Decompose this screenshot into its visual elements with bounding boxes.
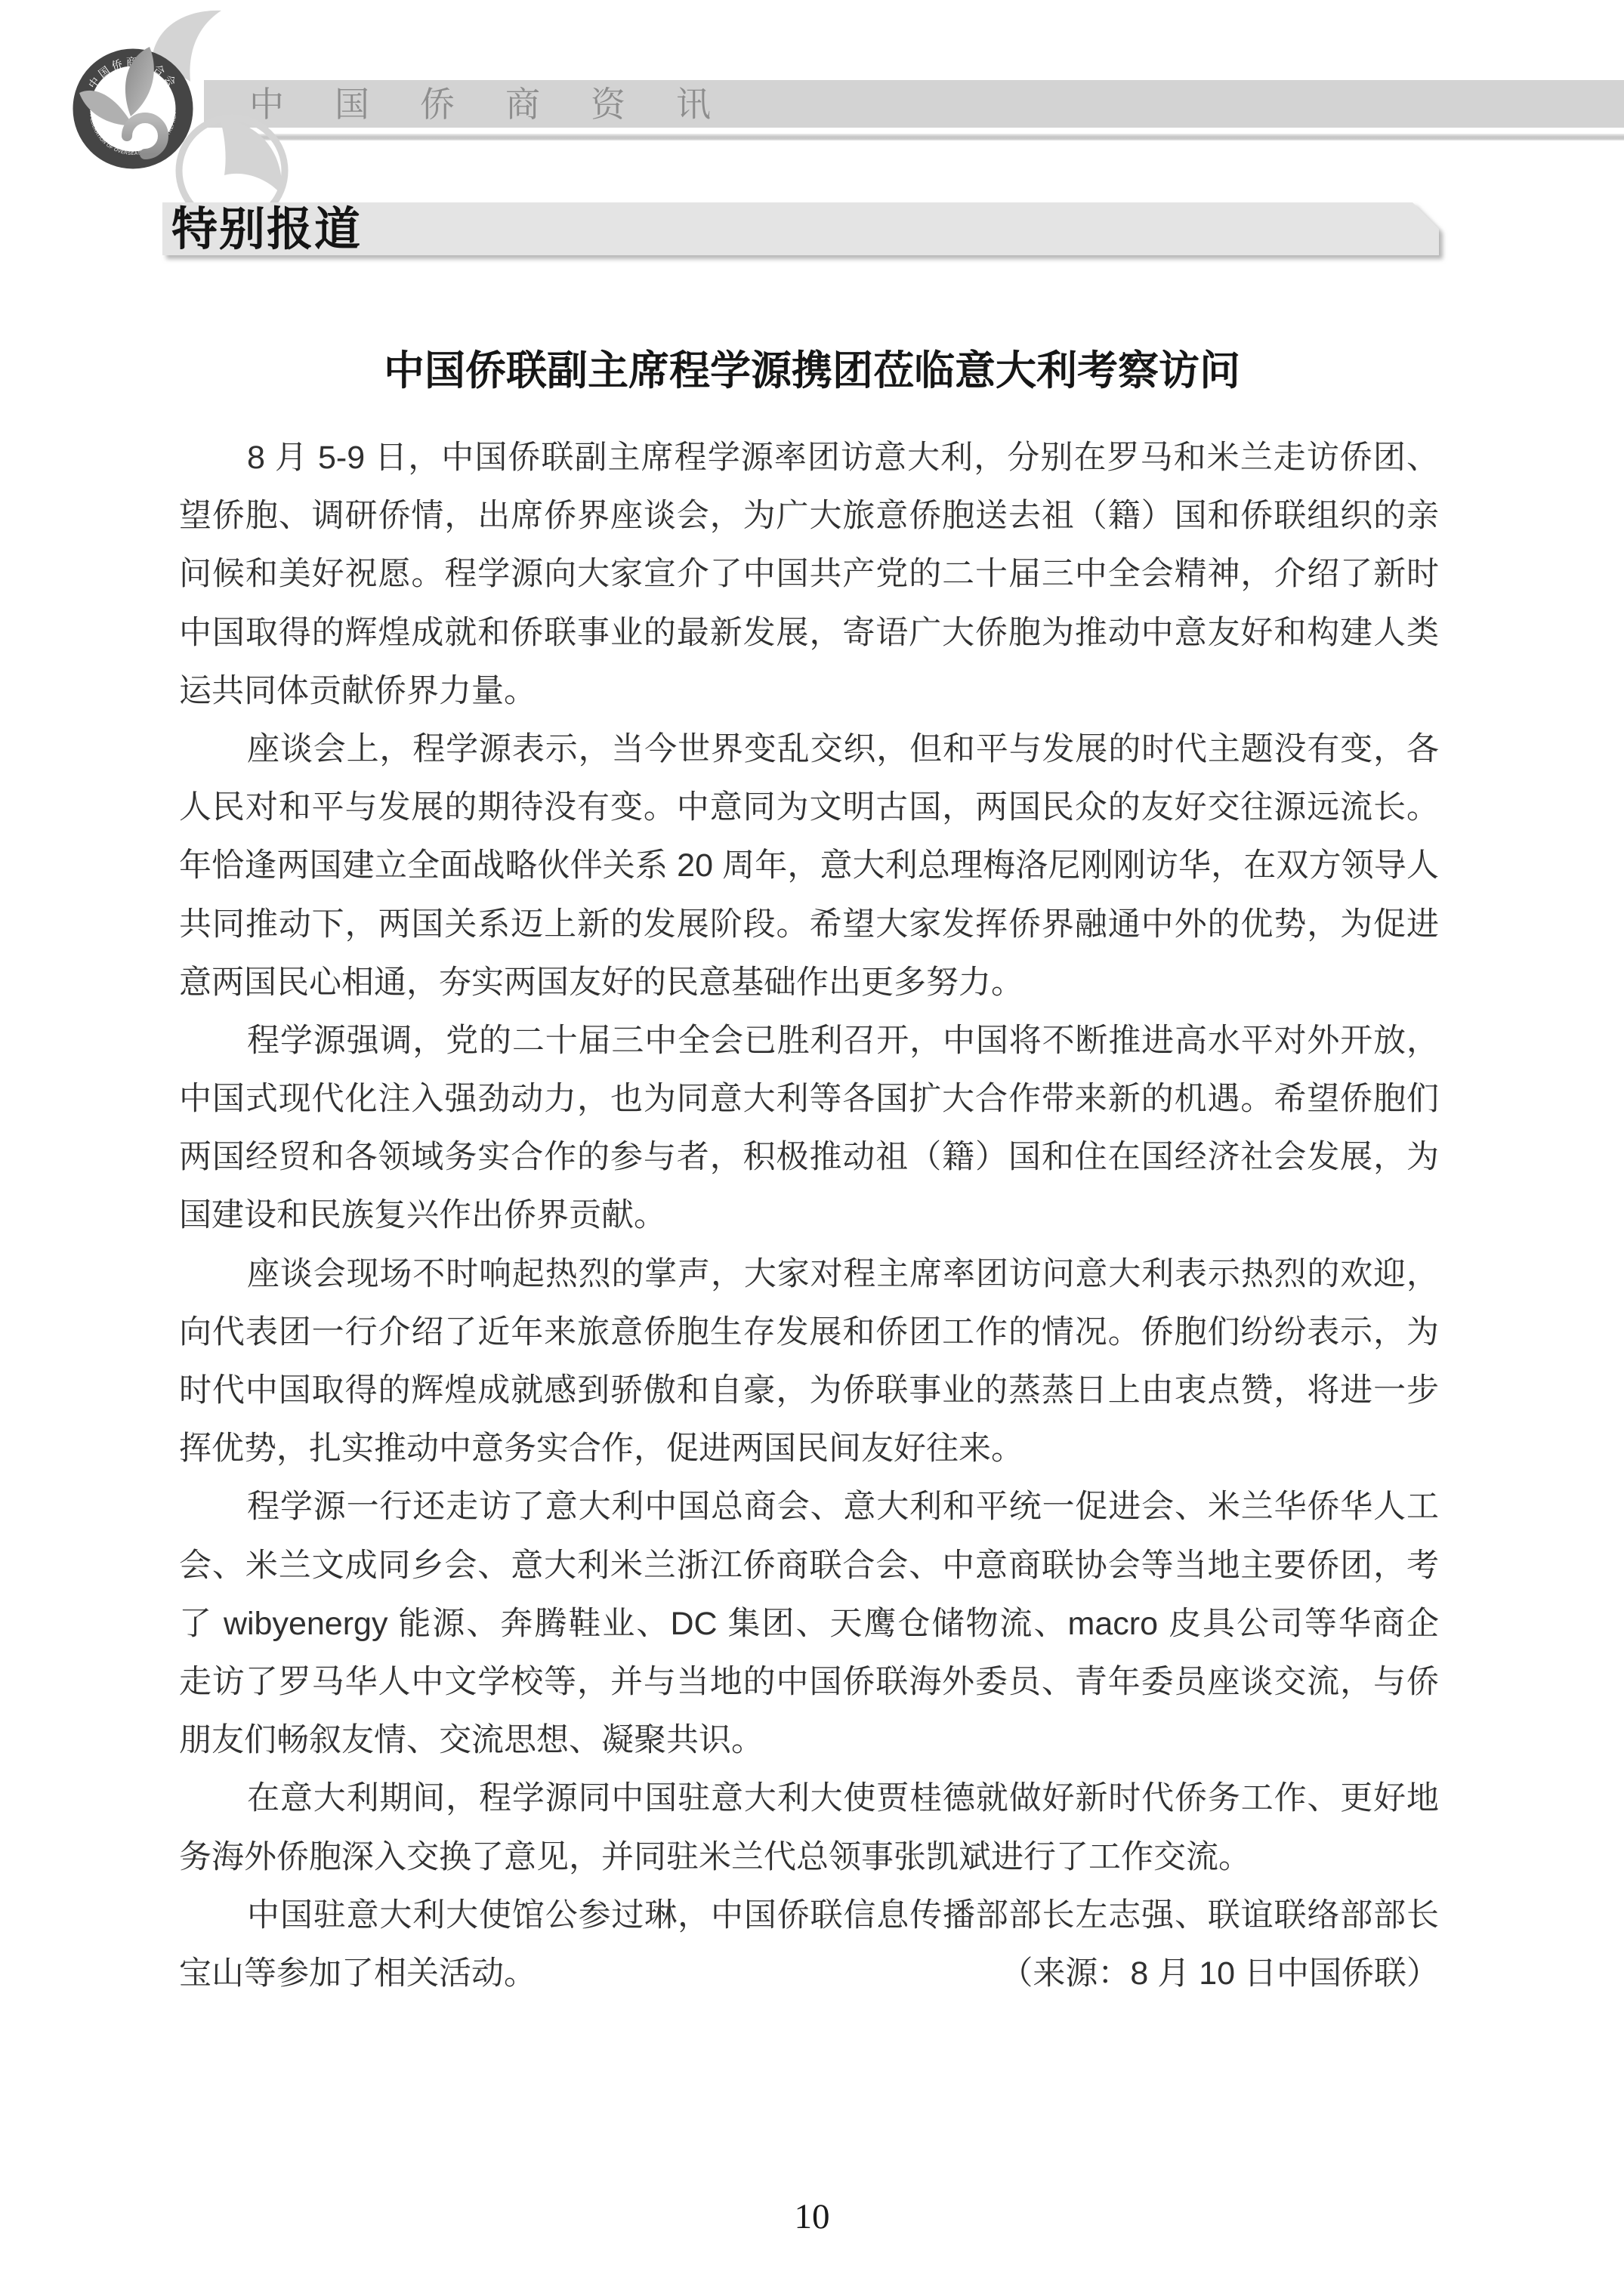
article-source: （来源：8 月 10 日中国侨联） [1000, 1945, 1439, 2003]
article-line: 共同推动下，两国关系迈上新的发展阶段。希望大家发挥侨界融通中外的优势，为促进中 [179, 896, 1439, 954]
article-line: 务海外侨胞深入交换了意见，并同驻米兰代总领事张凯斌进行了工作交流。 [179, 1829, 1439, 1887]
article-line: 中国式现代化注入强劲动力，也为同意大利等各国扩大合作带来新的机遇。希望侨胞们做 [179, 1070, 1439, 1128]
article-line: 人民对和平与发展的期待没有变。中意同为文明古国，两国民众的友好交往源远流长。今 [179, 779, 1439, 837]
article-body: 8 月 5-9 日，中国侨联副主席程学源率团访意大利，分别在罗马和米兰走访侨团、… [179, 429, 1439, 2003]
article-line: 会、米兰文成同乡会、意大利米兰浙江侨商联合会、中意商联协会等当地主要侨团，考察 [179, 1537, 1439, 1595]
article-line: 8 月 5-9 日，中国侨联副主席程学源率团访意大利，分别在罗马和米兰走访侨团、… [179, 429, 1439, 487]
magazine-page: 中国侨商资讯 中国侨商联合会 CHINA FEDERA [0, 0, 1624, 2293]
article-line: 中国取得的辉煌成就和侨联事业的最新发展，寄语广大侨胞为推动中意友好和构建人类命 [179, 604, 1439, 662]
article-line: 程学源一行还走访了意大利中国总商会、意大利和平统一促进会、米兰华侨华人工商 [179, 1478, 1439, 1536]
article-line: 挥优势，扎实推动中意务实合作，促进两国民间友好往来。 [179, 1420, 1439, 1478]
page-number: 10 [0, 2196, 1624, 2237]
article-line: 国建设和民族复兴作出侨界贡献。 [179, 1187, 1439, 1245]
article-line: 望侨胞、调研侨情，出席侨界座谈会，为广大旅意侨胞送去祖（籍）国和侨联组织的亲切 [179, 487, 1439, 545]
article-line: 了 wibyenergy 能源、奔腾鞋业、DC 集团、天鹰仓储物流、macro … [179, 1595, 1439, 1653]
section-label: 特别报道 [171, 202, 362, 255]
article-title: 中国侨联副主席程学源携团莅临意大利考察访问 [0, 338, 1624, 397]
article-line: 意两国民心相通，夯实两国友好的民意基础作出更多努力。 [179, 954, 1439, 1012]
article-line: 运共同体贡献侨界力量。 [179, 662, 1439, 721]
article-line: 向代表团一行介绍了近年来旅意侨胞生存发展和侨团工作的情况。侨胞们纷纷表示，为新 [179, 1304, 1439, 1362]
article-line: 走访了罗马华人中文学校等，并与当地的中国侨联海外委员、青年委员座谈交流，与侨胞 [179, 1653, 1439, 1711]
article-line: 宝山等参加了相关活动。（来源：8 月 10 日中国侨联） [179, 1945, 1439, 2003]
article-line: 时代中国取得的辉煌成就感到骄傲和自豪，为侨联事业的蒸蒸日上由衷点赞，将进一步发 [179, 1362, 1439, 1420]
article-line: 问候和美好祝愿。程学源向大家宣介了中国共产党的二十届三中全会精神，介绍了新时代 [179, 545, 1439, 603]
article-line: 中国驻意大利大使馆公参过琳，中国侨联信息传播部部长左志强、联谊联络部部长桑 [179, 1887, 1439, 1945]
article-line: 朋友们畅叙友情、交流思想、凝聚共识。 [179, 1711, 1439, 1770]
section-banner: 特别报道 [162, 202, 1439, 255]
header-band-title: 中国侨商资讯 [249, 80, 761, 128]
article-line: 座谈会现场不时响起热烈的掌声，大家对程主席率团访问意大利表示热烈的欢迎，并 [179, 1245, 1439, 1304]
header-band: 中国侨商资讯 [204, 80, 1624, 128]
article-line-text: 宝山等参加了相关活动。 [179, 1945, 536, 2003]
article-line: 两国经贸和各领域务实合作的参与者，积极推动祖（籍）国和住在国经济社会发展，为强 [179, 1128, 1439, 1187]
article-line: 在意大利期间，程学源同中国驻意大利大使贾桂德就做好新时代侨务工作、更好地服 [179, 1770, 1439, 1828]
article-line: 座谈会上，程学源表示，当今世界变乱交织，但和平与发展的时代主题没有变，各国 [179, 721, 1439, 779]
header-rule [230, 134, 1624, 140]
article-line: 年恰逢两国建立全面战略伙伴关系 20 周年，意大利总理梅洛尼刚刚访华，在双方领导… [179, 837, 1439, 895]
article-line: 程学源强调，党的二十届三中全会已胜利召开，中国将不断推进高水平对外开放，为 [179, 1012, 1439, 1070]
